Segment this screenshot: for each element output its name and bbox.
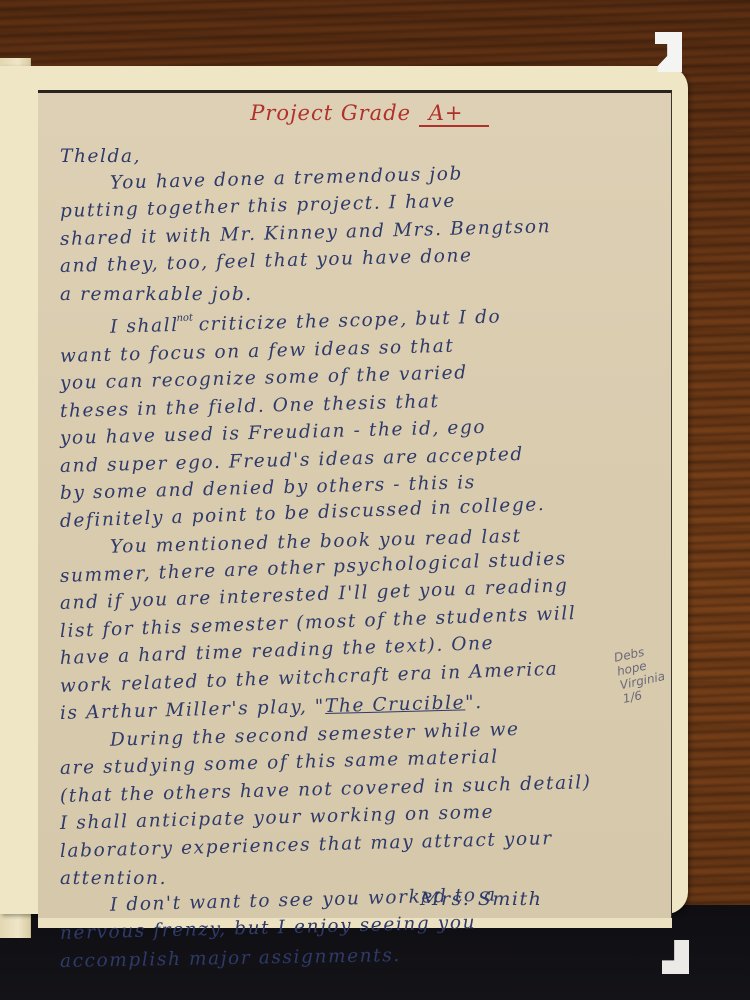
letter-page: Project Grade A+ Thelda, You have done a… bbox=[38, 90, 672, 918]
inserted-word: not bbox=[176, 313, 193, 324]
letter-fragment: I shall bbox=[110, 315, 179, 338]
letter-fragment: is Arthur Miller's play, " bbox=[60, 696, 326, 724]
letter-fragment: criticize the scope, but I do bbox=[198, 306, 501, 335]
signature: Mrs. Smith bbox=[420, 888, 542, 910]
grade-label: Project Grade bbox=[250, 101, 411, 125]
letter-body: Thelda, You have done a tremendous job p… bbox=[60, 143, 660, 975]
margin-note: Debs hope Virginia 1/6 bbox=[613, 640, 676, 706]
play-title: The Crucible bbox=[325, 692, 466, 717]
grade-header: Project Grade A+ bbox=[38, 101, 671, 127]
grade-value: A+ bbox=[419, 101, 489, 127]
letter-fragment: ". bbox=[465, 692, 483, 713]
